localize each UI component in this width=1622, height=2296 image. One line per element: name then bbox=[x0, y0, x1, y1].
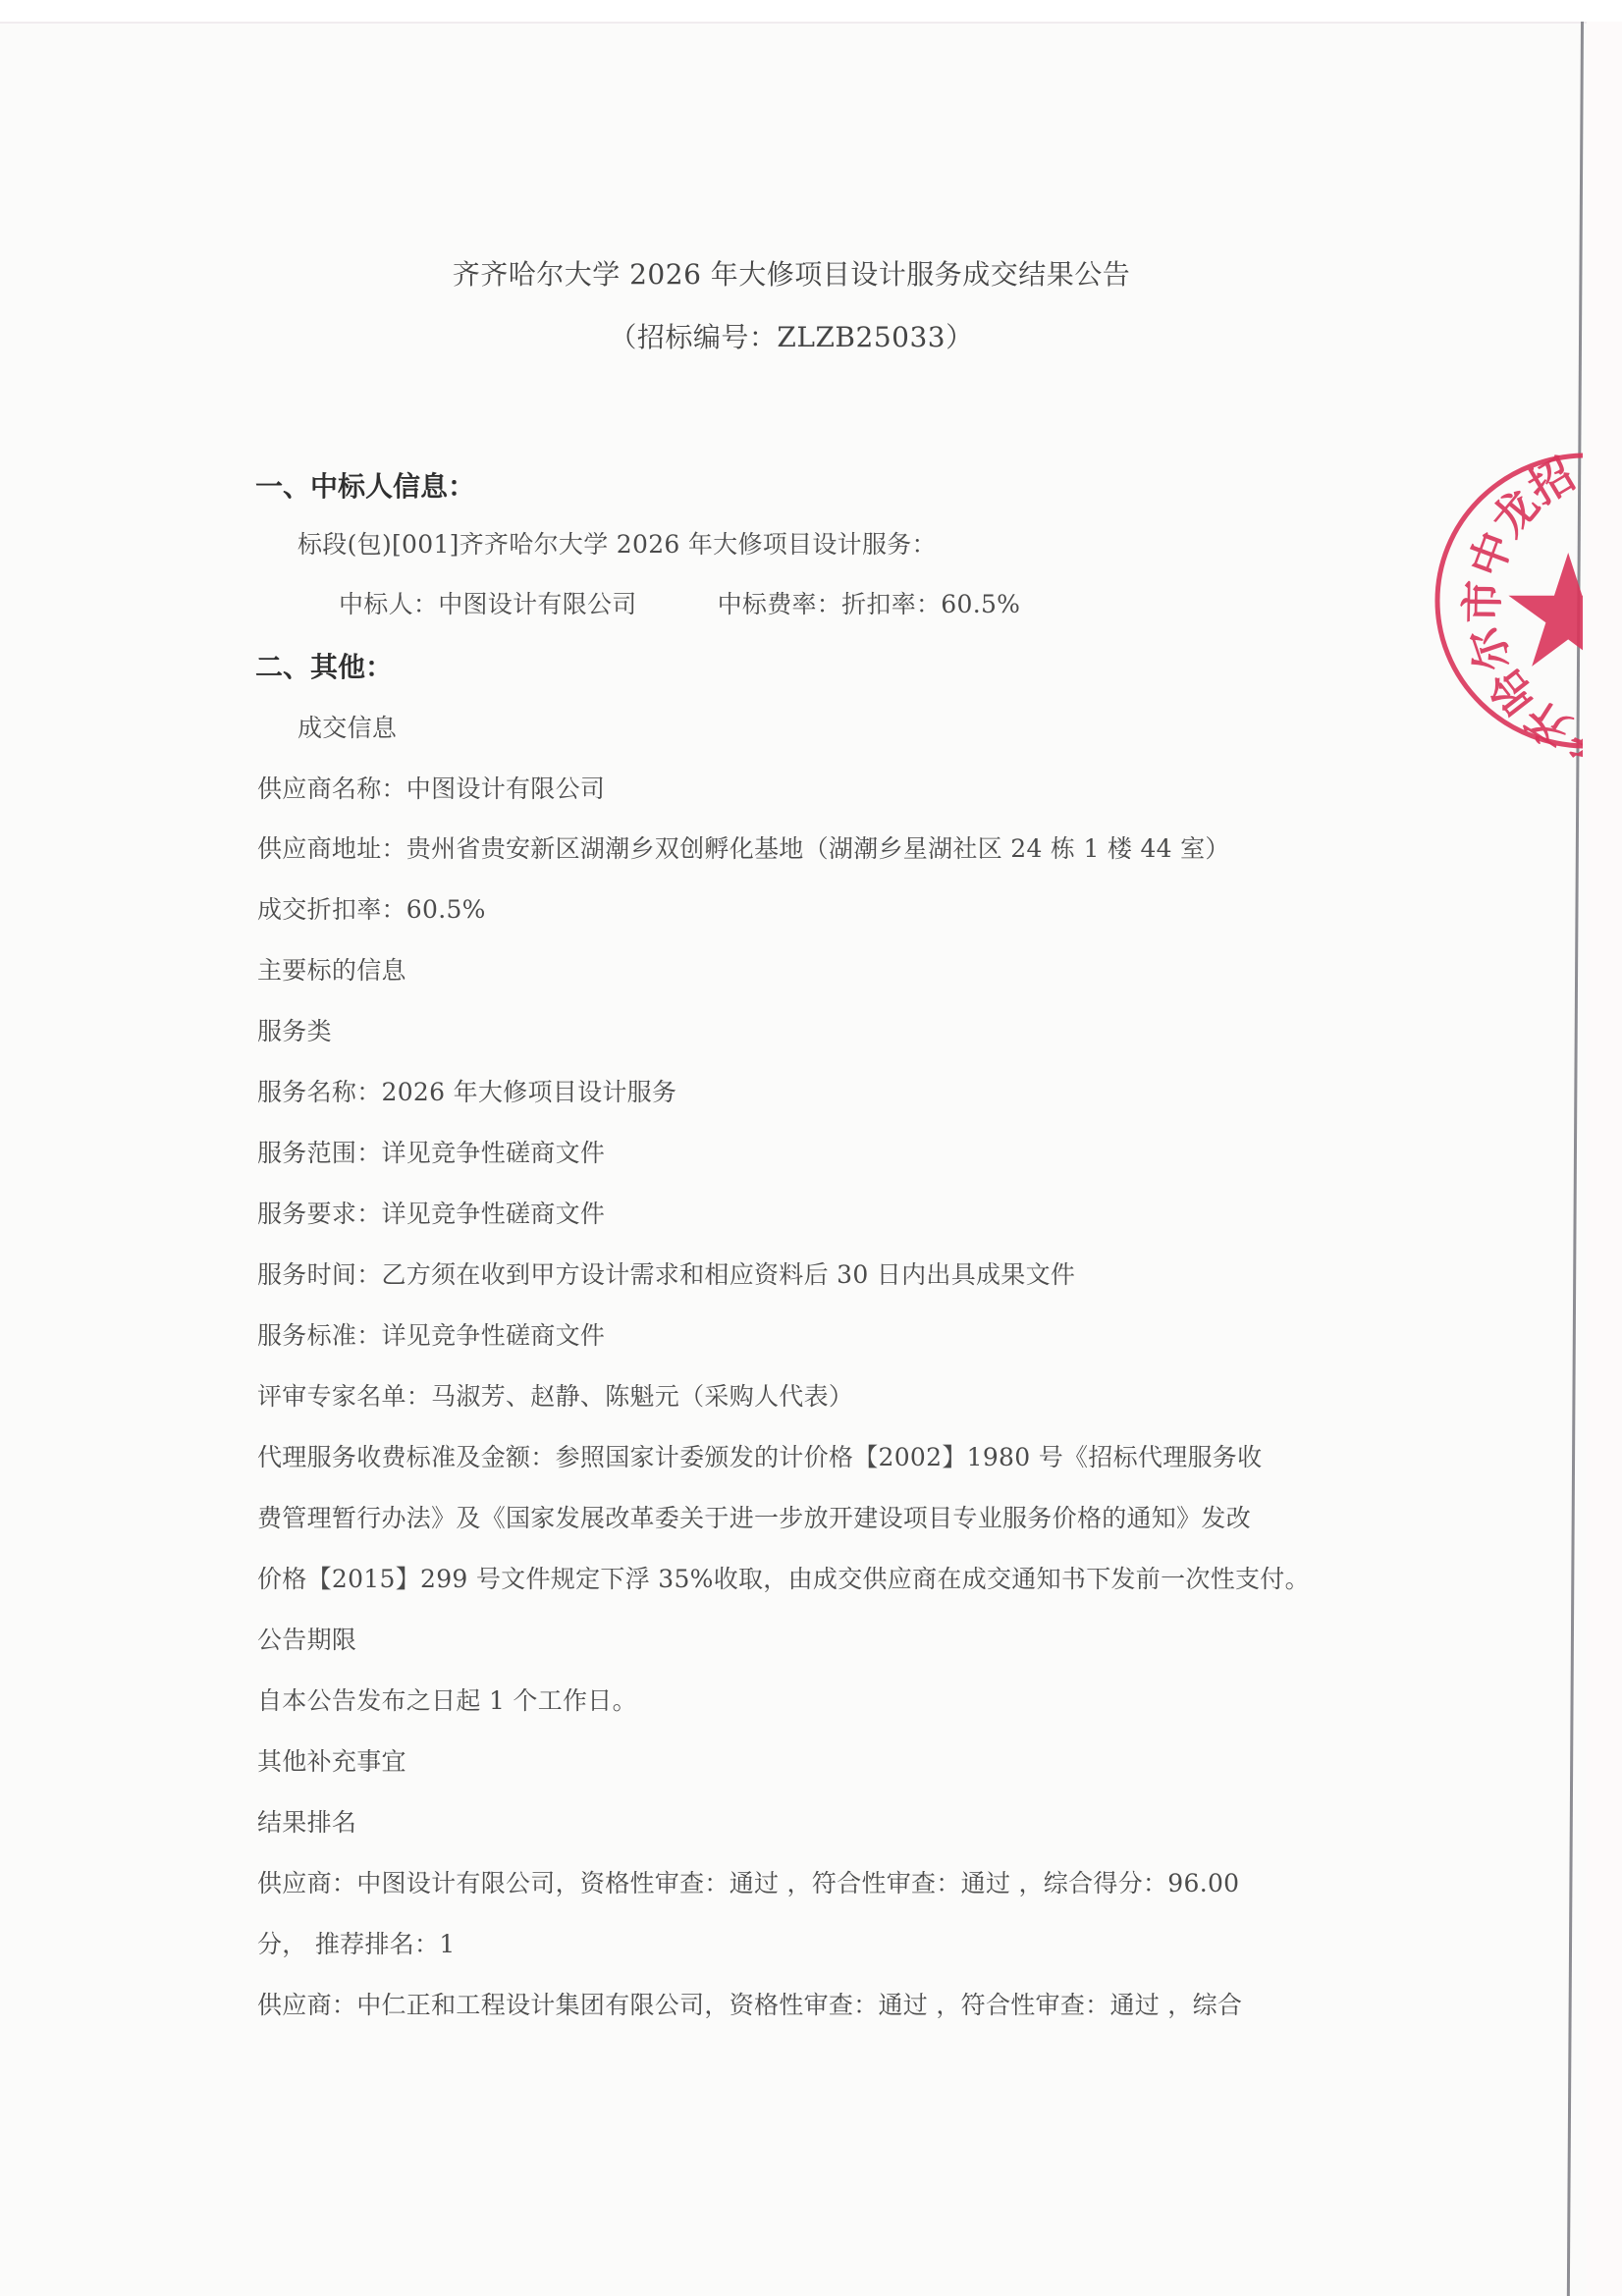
deal-info-heading: 成交信息 bbox=[297, 709, 397, 744]
supplier-address: 供应商地址：贵州省贵安新区湖潮乡双创孵化基地（湖潮乡星湖社区 24 栋 1 楼 … bbox=[257, 829, 1230, 865]
section-heading-other: 二、其他： bbox=[255, 646, 393, 685]
review-experts: 评审专家名单：马淑芳、赵静、陈魁元（采购人代表） bbox=[257, 1377, 853, 1413]
other-matters-heading: 其他补充事宜 bbox=[257, 1742, 406, 1778]
notice-period: 自本公告发布之日起 1 个工作日。 bbox=[257, 1682, 637, 1717]
service-time: 服务时间：乙方须在收到甲方设计需求和相应资料后 30 日内出具成果文件 bbox=[257, 1255, 1075, 1291]
lot-line: 标段(包)[001]齐齐哈尔大学 2026 年大修项目设计服务： bbox=[297, 525, 937, 561]
tender-number: （招标编号：ZLZB25033） bbox=[0, 316, 1583, 355]
service-category: 服务类 bbox=[257, 1012, 332, 1047]
scanned-page bbox=[0, 22, 1587, 2296]
section-heading-winner-info: 一、中标人信息： bbox=[255, 465, 475, 505]
supplier-name: 供应商名称：中图设计有限公司 bbox=[257, 770, 605, 805]
main-subject-heading: 主要标的信息 bbox=[257, 951, 406, 987]
notice-period-heading: 公告期限 bbox=[257, 1621, 356, 1656]
deal-discount-rate: 成交折扣率：60.5% bbox=[257, 890, 486, 926]
ranking-heading: 结果排名 bbox=[257, 1803, 356, 1839]
service-name: 服务名称：2026 年大修项目设计服务 bbox=[257, 1073, 676, 1108]
service-standard: 服务标准：详见竞争性磋商文件 bbox=[257, 1316, 605, 1352]
agency-fee-line-2: 费管理暂行办法》及《国家发展改革委关于进一步放开建设项目专业服务价格的通知》发改 bbox=[257, 1499, 1251, 1534]
winner-label: 中标人：中图设计有限公司 bbox=[339, 590, 637, 618]
ranking-supplier-2-line-1: 供应商：中仁正和工程设计集团有限公司，资格性审查：通过 ，符合性审查：通过 ，综… bbox=[257, 1986, 1242, 2021]
service-scope: 服务范围：详见竞争性磋商文件 bbox=[257, 1134, 605, 1169]
seal-stamp-icon: 齐齐哈尔市中龙招 bbox=[1414, 432, 1583, 766]
ranking-supplier-1-line-2: 分， 推荐排名：1 bbox=[257, 1925, 456, 1960]
service-requirements: 服务要求：详见竞争性磋商文件 bbox=[257, 1195, 605, 1230]
ranking-supplier-1-line-1: 供应商：中图设计有限公司，资格性审查：通过 ，符合性审查：通过 ，综合得分：96… bbox=[257, 1864, 1239, 1899]
rate-label: 中标费率：折扣率：60.5% bbox=[718, 590, 1021, 618]
winner-line: 中标人：中图设计有限公司中标费率：折扣率：60.5% bbox=[339, 585, 1020, 620]
official-seal: 齐齐哈尔市中龙招 bbox=[1414, 432, 1583, 766]
agency-fee-line-1: 代理服务收费标准及金额：参照国家计委颁发的计价格【2002】1980 号《招标代… bbox=[257, 1438, 1262, 1473]
document-title: 齐齐哈尔大学 2026 年大修项目设计服务成交结果公告 bbox=[0, 253, 1583, 293]
agency-fee-line-3: 价格【2015】299 号文件规定下浮 35%收取，由成交供应商在成交通知书下发… bbox=[257, 1560, 1310, 1595]
page-margin bbox=[1587, 22, 1622, 2296]
